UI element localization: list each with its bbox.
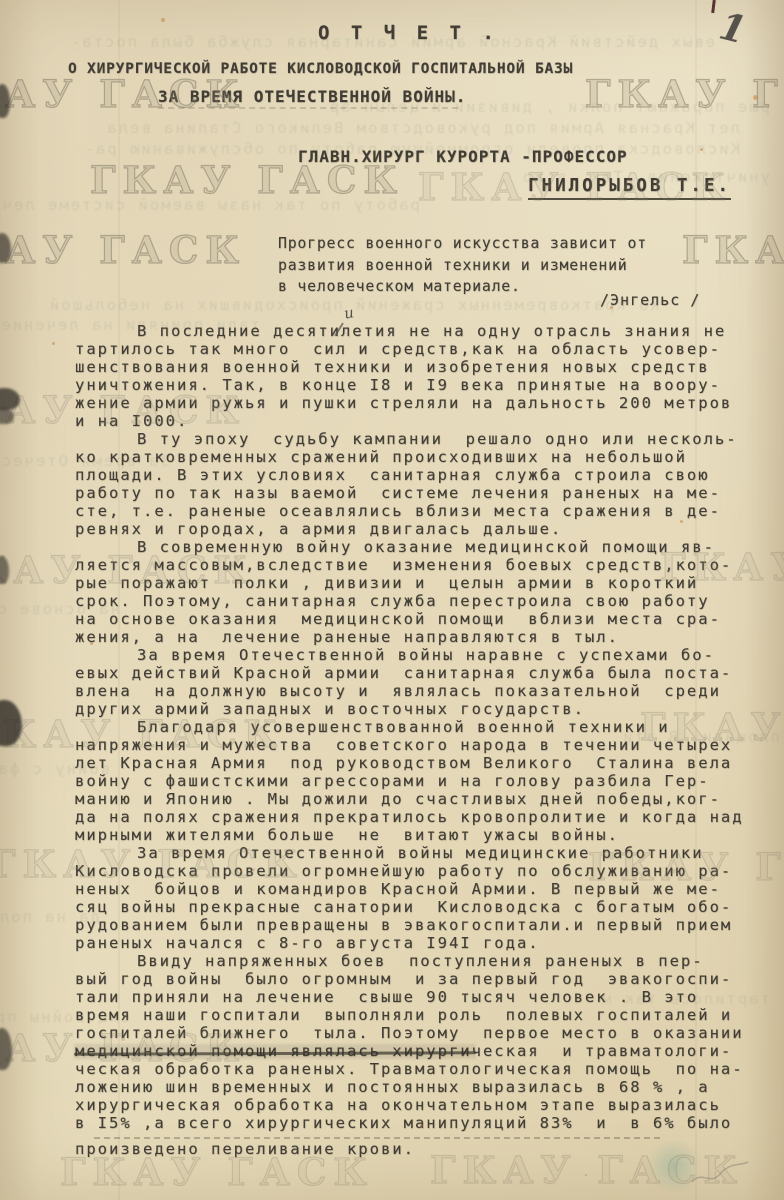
paper-stain: [52, 342, 55, 345]
ink-blot: [0, 408, 14, 424]
ink-tick-mark: [711, 0, 716, 13]
paper-stain: [585, 1174, 587, 1176]
archive-watermark: ГКАУ ГАСК: [585, 72, 784, 116]
ink-blot: [0, 700, 22, 746]
document-body: В последние десятилетия не на одну отрас…: [75, 322, 775, 1158]
ink-blot: [0, 556, 9, 584]
document-subtitle-line1: О ХИРУРГИЧЕСКОЙ РАБОТЕ КИСЛОВОДСКОЙ ГОСП…: [68, 61, 573, 77]
scanned-document-page: евых действий Красной армии санитарная с…: [0, 0, 784, 1200]
paragraph-3: В современную войну оказание медицинской…: [75, 538, 775, 646]
handwritten-correction-letter: и: [343, 303, 356, 322]
paper-stain: [700, 148, 703, 151]
paper-fold-line: [118, 0, 120, 1200]
epigraph-attribution: /Энгельс /: [600, 291, 700, 309]
paragraph-6: За время Отечественной войны медицинские…: [75, 844, 775, 952]
ink-blot: [0, 388, 20, 410]
paper-stain: [420, 1124, 423, 1127]
epigraph: Прогресс военного искусства зависит от р…: [278, 233, 708, 298]
paper-stain: [610, 306, 613, 309]
paper-fold-line: [695, 0, 697, 1200]
author-name: ГНИЛОРЫБОВ Т.Е.: [528, 176, 731, 200]
paper-stain: [753, 95, 758, 100]
bleedthrough-text: лет Красная Армия под руководством Велик…: [40, 119, 740, 138]
bleedthrough-text: работу по так назы ваемой системе лечени…: [0, 196, 420, 215]
handwritten-page-number: 1: [715, 4, 751, 53]
paragraph-1: В последние десятилетия не на одну отрас…: [75, 322, 775, 430]
paragraph-7: Ввиду напряженных боев поступления ранен…: [75, 952, 775, 1132]
ink-blot: [0, 84, 10, 118]
paragraph-4: За время Отечественной войны наравне с у…: [75, 646, 775, 718]
paper-stain: [680, 520, 683, 523]
paper-stain: [161, 18, 165, 22]
document-title: О Т Ч Е Т .: [318, 22, 499, 44]
underline-mark: [94, 1137, 660, 1139]
ink-blot: [0, 1028, 12, 1070]
ink-blot: [0, 233, 11, 263]
pencil-squiggle: [688, 1152, 752, 1192]
archive-watermark: ГКАУ ГАСК: [0, 228, 246, 272]
paper-stain: [90, 642, 93, 645]
paragraph-5: Благодаря усовершенствованной военной те…: [75, 718, 775, 844]
underline-mark: [158, 107, 458, 109]
author-role: ГЛАВН.ХИРУРГ КУРОРТА -ПРОФЕССОР: [298, 147, 628, 166]
document-subtitle-line2: ЗА ВРЕМЯ ОТЕЧЕСТВЕННОЙ ВОЙНЫ.: [158, 87, 466, 106]
paragraph-2: В ту эпоху судьбу кампании решало одно и…: [75, 430, 775, 538]
paper-stain: [240, 870, 242, 872]
